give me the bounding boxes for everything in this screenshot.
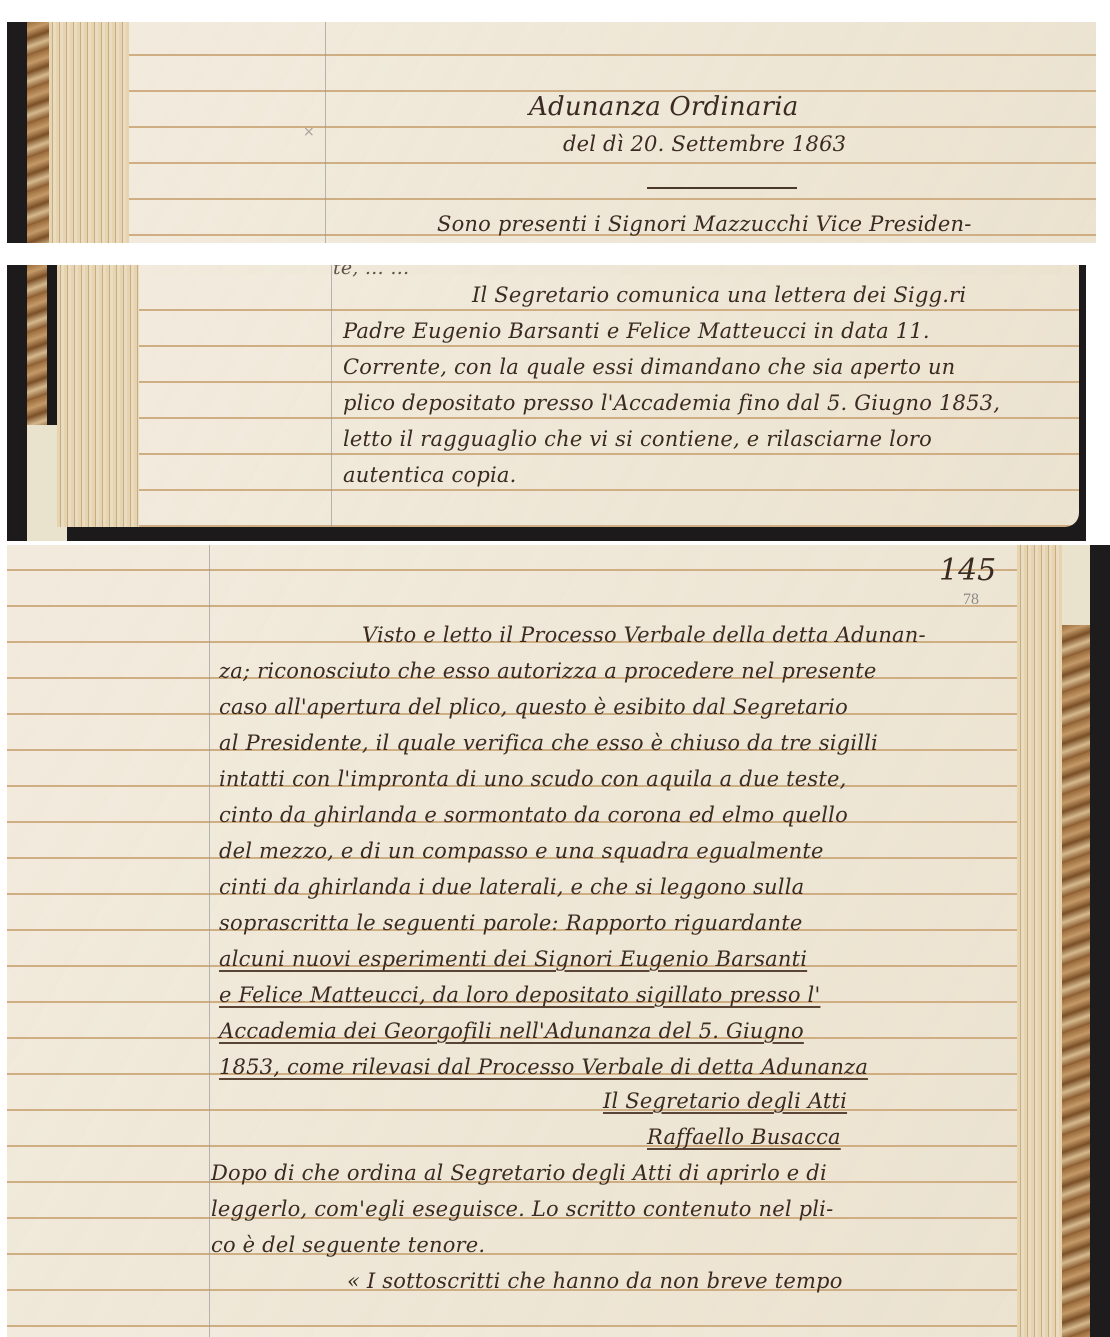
heading-rule bbox=[647, 187, 797, 189]
text-line: Visto e letto il Processo Verbale della … bbox=[362, 623, 926, 647]
text-line: plico depositato presso l'Accademia fino… bbox=[343, 391, 1000, 415]
manuscript-excerpt-3: 145 78 Visto e letto il Processo Verbale… bbox=[7, 545, 1110, 1337]
margin-line bbox=[209, 545, 210, 1337]
manuscript-excerpt-2: te, … … Il Segretario comunica una lette… bbox=[7, 265, 1086, 541]
text-line: za; riconosciuto che esso autorizza a pr… bbox=[219, 659, 876, 683]
text-line: soprascritta le seguenti parole: Rapport… bbox=[219, 911, 802, 935]
text-line-quoted: 1853, come rilevasi dal Processo Verbale… bbox=[219, 1055, 868, 1079]
marbled-endpaper bbox=[27, 265, 47, 425]
text-line: letto il ragguaglio che vi si contiene, … bbox=[343, 427, 932, 451]
folio-number: 145 bbox=[939, 553, 996, 588]
text-line: Dopo di che ordina al Segretario degli A… bbox=[211, 1161, 827, 1185]
text-line: del mezzo, e di un compasso e una squadr… bbox=[219, 839, 824, 863]
text-line: cinto da ghirlanda e sormontato da coron… bbox=[219, 803, 848, 827]
folio-stamp: 78 bbox=[963, 591, 979, 609]
marbled-endpaper bbox=[1062, 625, 1090, 1337]
text-line: Corrente, con la quale essi dimandano ch… bbox=[343, 355, 955, 379]
margin-line bbox=[331, 265, 332, 527]
margin-line bbox=[325, 22, 326, 243]
text-line: intatti con l'impronta di uno scudo con … bbox=[219, 767, 846, 791]
text-line: autentica copia. bbox=[343, 463, 517, 487]
page-edges bbox=[49, 22, 129, 243]
attendance-line: Sono presenti i Signori Mazzucchi Vice P… bbox=[437, 212, 972, 236]
signature-name: Raffaello Busacca bbox=[647, 1125, 841, 1149]
marbled-endpaper bbox=[27, 22, 49, 243]
book-cover-edge bbox=[1090, 545, 1110, 1337]
text-line-quoted: alcuni nuovi esperimenti dei Signori Eug… bbox=[219, 947, 807, 971]
session-date: del dì 20. Settembre 1863 bbox=[563, 132, 846, 156]
text-line: leggerlo, com'egli eseguisce. Lo scritto… bbox=[211, 1197, 833, 1221]
signature-title: Il Segretario degli Atti bbox=[603, 1089, 847, 1113]
manuscript-excerpt-1: × Adunanza Ordinaria del dì 20. Settembr… bbox=[7, 22, 1096, 243]
session-title: Adunanza Ordinaria bbox=[529, 92, 798, 122]
endpaper-corner bbox=[1062, 545, 1090, 625]
text-line: al Presidente, il quale verifica che ess… bbox=[219, 731, 878, 755]
text-line: « I sottoscritti che hanno da non breve … bbox=[347, 1269, 843, 1293]
page-edges bbox=[57, 265, 139, 527]
text-line: Padre Eugenio Barsanti e Felice Matteucc… bbox=[343, 319, 930, 343]
page-edges bbox=[1017, 545, 1062, 1337]
pencil-mark: × bbox=[303, 124, 315, 140]
book-cover-edge bbox=[7, 22, 27, 243]
text-line: co è del seguente tenore. bbox=[211, 1233, 485, 1257]
text-line: cinti da ghirlanda i due laterali, e che… bbox=[219, 875, 804, 899]
text-line-fragment: te, … … bbox=[333, 265, 409, 279]
text-line-quoted: Accademia dei Georgofili nell'Adunanza d… bbox=[219, 1019, 804, 1043]
text-line: caso all'apertura del plico, questo è es… bbox=[219, 695, 848, 719]
text-line-quoted: e Felice Matteucci, da loro depositato s… bbox=[219, 983, 820, 1007]
text-line: Il Segretario comunica una lettera dei S… bbox=[472, 283, 966, 307]
